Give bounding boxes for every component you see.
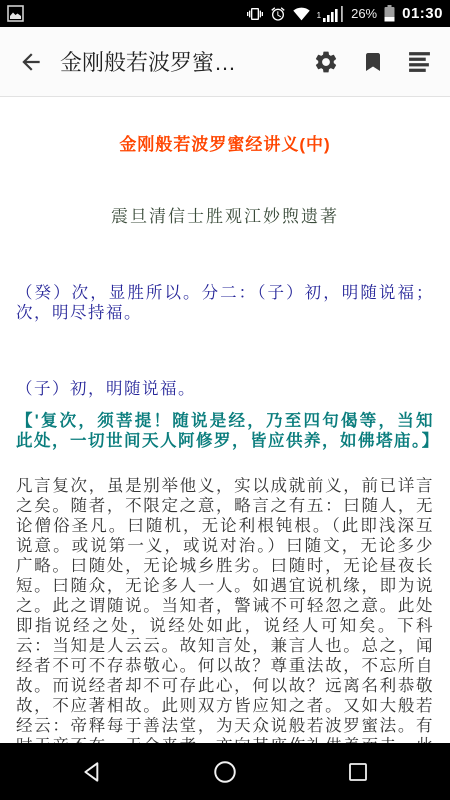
- outline-paragraph-2: （子）初，明随说福。: [16, 379, 434, 399]
- screenshot-icon: [7, 5, 24, 22]
- author-line: 震旦清信士胜观江妙煦遗著: [16, 205, 434, 229]
- battery-percent-label: 26%: [351, 6, 377, 21]
- wifi-icon: [293, 7, 310, 21]
- nav-back-button[interactable]: [53, 743, 133, 800]
- gear-icon: [313, 49, 339, 75]
- bookmark-button[interactable]: [357, 46, 389, 78]
- sutra-quote: 【'复次，须菩提！随说是经，乃至四句偈等，当知此处，一切世间天人阿修罗，皆应供养…: [16, 411, 434, 451]
- clock-label: 01:30: [402, 5, 443, 22]
- status-bar-indicators: 1 26% 01:30: [247, 5, 443, 22]
- bookmark-icon: [361, 50, 385, 74]
- nav-home-button[interactable]: [185, 743, 265, 800]
- android-nav-bar: [0, 743, 450, 800]
- back-triangle-icon: [80, 759, 106, 785]
- toolbar-actions: [309, 45, 436, 79]
- status-bar: 1 26% 01:30: [0, 0, 450, 27]
- nav-recents-button[interactable]: [318, 743, 398, 800]
- alarm-icon: [270, 6, 286, 22]
- home-circle-icon: [212, 759, 238, 785]
- battery-icon: [384, 5, 395, 22]
- back-arrow-icon: [18, 49, 44, 75]
- back-button[interactable]: [14, 45, 48, 79]
- outline-paragraph-1: （癸）次，显胜所以。分二：（子）初，明随说福；次，明尽持福。: [16, 283, 434, 323]
- contents-button[interactable]: [403, 45, 436, 78]
- sim-slot-label: 1: [317, 11, 321, 20]
- recents-square-icon: [346, 760, 370, 784]
- commentary-paragraph: 凡言复次，虽是别举他义，实以成就前义，前已详言之矣。随者，不限定之意，略言之有五…: [16, 476, 434, 776]
- reader-content[interactable]: 金刚般若波罗蜜经讲义(中) 震旦清信士胜观江妙煦遗著 （癸）次，显胜所以。分二：…: [0, 97, 450, 800]
- status-bar-notifications: [7, 5, 24, 22]
- android-screen: 1 26% 01:30: [0, 0, 450, 800]
- signal-icon: [323, 6, 344, 22]
- vibrate-icon: [247, 6, 263, 22]
- app-toolbar: 金刚般若波罗蜜…: [0, 27, 450, 97]
- book-heading: 金刚般若波罗蜜经讲义(中): [16, 133, 434, 157]
- page-title: 金刚般若波罗蜜…: [60, 46, 309, 77]
- contents-icon: [407, 49, 432, 74]
- settings-button[interactable]: [309, 45, 343, 79]
